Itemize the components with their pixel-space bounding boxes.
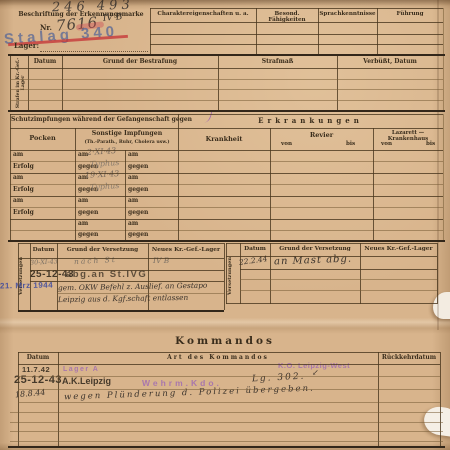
rule bbox=[360, 243, 361, 304]
transfers-left-r3-line2: Leipzig aus d. Kgf.schaft entlassen bbox=[58, 294, 188, 304]
rule bbox=[240, 279, 437, 280]
vacc-r5-c1: am bbox=[13, 198, 23, 205]
transfers-right-header-neues: Neues Kr.-Gef.-Lager bbox=[360, 246, 437, 252]
rule bbox=[10, 412, 443, 413]
rule bbox=[75, 128, 76, 240]
vacc-r1-c1: am bbox=[13, 152, 23, 159]
illnesses-revier-bis: bis bbox=[346, 141, 355, 147]
vacc-r8-c2: gegen bbox=[78, 232, 98, 239]
rule bbox=[18, 376, 440, 377]
rule bbox=[443, 8, 444, 54]
kommandos-title: Kommandos bbox=[125, 336, 325, 348]
rule bbox=[125, 150, 126, 240]
rule bbox=[148, 243, 149, 310]
rule bbox=[226, 243, 227, 304]
rule bbox=[178, 114, 179, 240]
punishments-header-grund: Grund der Bestrafung bbox=[62, 59, 218, 66]
vaccinations-title: Schutzimpfungen während der Gefangenscha… bbox=[11, 117, 177, 124]
rule bbox=[10, 114, 443, 115]
vacc-r7-c3: am bbox=[128, 221, 138, 228]
transfers-right-header-grund: Grund der Versetzung bbox=[270, 246, 360, 252]
illnesses-lazarett-von: von bbox=[381, 141, 392, 147]
vacc-r1-c3: am bbox=[128, 152, 138, 159]
rule bbox=[10, 56, 11, 110]
rule bbox=[28, 56, 29, 110]
rule bbox=[10, 114, 11, 240]
punishments-header-verbuesst: Verbüßt, Datum bbox=[337, 59, 443, 66]
rule bbox=[10, 422, 443, 423]
vacc-r3-c3: am bbox=[128, 175, 138, 182]
vaccinations-col-sonstige: Sonstige Impfungen bbox=[76, 131, 178, 138]
rule bbox=[10, 79, 443, 80]
transfers-left-side-label: Versetzungen bbox=[19, 248, 29, 304]
rule bbox=[443, 56, 444, 110]
transfers-left-header-neues: Neues Kr.-Gef.-Lager bbox=[148, 247, 224, 253]
kommandos-header-datum: Datum bbox=[18, 355, 58, 362]
rule bbox=[437, 243, 438, 304]
rule bbox=[240, 269, 437, 270]
vacc-r8-c3: gegen bbox=[128, 232, 148, 239]
rule bbox=[10, 89, 443, 90]
rule bbox=[18, 310, 224, 312]
kommandos-r1-date-stamp: 11.7.42 bbox=[22, 366, 50, 374]
illnesses-revier-von: von bbox=[281, 141, 292, 147]
vacc-r6-c2: gegen bbox=[78, 210, 98, 217]
vacc-r4-c1: Erfolg bbox=[13, 187, 34, 194]
vacc-r2-c1: Erfolg bbox=[13, 164, 34, 171]
rule bbox=[30, 243, 31, 310]
rule bbox=[18, 243, 19, 310]
rule bbox=[150, 22, 443, 23]
transfers-left-header-grund: Grund der Versetzung bbox=[57, 247, 148, 253]
illnesses-lazarett-bis: bis bbox=[426, 141, 435, 147]
rule bbox=[150, 8, 151, 54]
illnesses-title: Erkrankungen bbox=[178, 117, 443, 125]
rule bbox=[8, 54, 445, 56]
rule bbox=[443, 114, 444, 240]
traits-header-sprachen: Sprachkenntnisse bbox=[319, 11, 376, 17]
rule bbox=[10, 100, 443, 101]
rule bbox=[377, 8, 378, 54]
rule bbox=[240, 243, 241, 304]
rule bbox=[226, 243, 437, 244]
rule bbox=[10, 431, 443, 432]
lager-label: Lager: bbox=[14, 42, 39, 50]
rule bbox=[150, 34, 443, 35]
kommandos-r1-entry-stamp: Lager A bbox=[63, 366, 99, 374]
rule bbox=[240, 290, 437, 291]
punishments-header-strafmass: Strafmaß bbox=[218, 59, 337, 66]
rule bbox=[8, 446, 445, 448]
rule bbox=[373, 128, 374, 240]
rule bbox=[57, 293, 224, 294]
rule bbox=[8, 240, 445, 242]
pow-record-card: 246 493 Beschriftung der Erkennungsmarke… bbox=[0, 0, 450, 450]
vacc-r6-c3: gegen bbox=[128, 210, 148, 217]
vaccinations-col-sonstige-sub: (Th.-Parath., Ruhr, Cholera usw.) bbox=[76, 140, 178, 145]
rule bbox=[150, 8, 443, 9]
punishments-header-datum: Datum bbox=[28, 59, 62, 66]
rule bbox=[8, 110, 445, 112]
vaccinations-col-pocken: Pocken bbox=[10, 135, 75, 142]
vacc-r5-c2: am bbox=[78, 198, 88, 205]
rule bbox=[62, 56, 63, 110]
rule bbox=[18, 258, 224, 259]
rule bbox=[256, 8, 257, 54]
rule bbox=[226, 256, 437, 257]
kommandos-header-rueckkehr: Rückkehrdatum bbox=[378, 355, 440, 362]
punishments-side-label: Strafen im Kr.-Gef.-Lager bbox=[16, 53, 28, 113]
transfers-left-r3-date-stamp: 21. Mrz 1944 bbox=[0, 282, 53, 292]
vacc-r1-date-handwritten: 2·XI·43 bbox=[87, 147, 117, 158]
torn-edge-top bbox=[0, 0, 450, 6]
traits-header-fuehrung: Führung bbox=[378, 11, 442, 17]
rule bbox=[10, 441, 443, 442]
illnesses-col-krankheit: Krankheit bbox=[178, 136, 270, 143]
rule bbox=[57, 243, 58, 310]
transfers-right-header-datum: Datum bbox=[240, 246, 270, 252]
transfers-left-r3-line1: gem. OKW Befehl z. Auslief. an Gestapo bbox=[58, 282, 207, 293]
traits-header-charakter: Charaktereigenschaften u. a. bbox=[152, 11, 254, 17]
rule bbox=[224, 243, 225, 310]
rule bbox=[18, 364, 440, 365]
vacc-r5-c3: am bbox=[128, 198, 138, 205]
rule bbox=[18, 402, 440, 403]
lager-dotted-line bbox=[40, 44, 148, 52]
transfers-left-r1-date: 30-XI-43 bbox=[30, 258, 58, 267]
rule bbox=[337, 56, 338, 110]
rule bbox=[18, 243, 224, 244]
rule bbox=[270, 128, 271, 240]
vacc-r2-c3: gegen bbox=[128, 164, 148, 171]
illnesses-col-revier: Revier bbox=[270, 132, 373, 139]
kommandos-r2-entry-stamp: A.K.Leipzig bbox=[62, 377, 111, 387]
rule bbox=[226, 303, 437, 304]
transfers-left-header-datum: Datum bbox=[30, 247, 57, 253]
rule bbox=[218, 56, 219, 110]
rule bbox=[18, 389, 440, 390]
vacc-r4-c3: gegen bbox=[128, 187, 148, 194]
rule bbox=[30, 281, 224, 282]
rule bbox=[150, 44, 443, 45]
rule bbox=[10, 68, 443, 69]
vacc-r6-c1: Erfolg bbox=[13, 210, 34, 217]
vacc-r7-c2: am bbox=[78, 221, 88, 228]
rule bbox=[318, 8, 319, 54]
torn-patch-right-mid bbox=[433, 292, 450, 319]
rule bbox=[270, 243, 271, 304]
rule bbox=[18, 352, 440, 353]
rule bbox=[30, 270, 224, 271]
vacc-r3-c1: am bbox=[13, 175, 23, 182]
transfers-left-r2-action-stamp: abg.an St.IVG bbox=[66, 270, 147, 280]
